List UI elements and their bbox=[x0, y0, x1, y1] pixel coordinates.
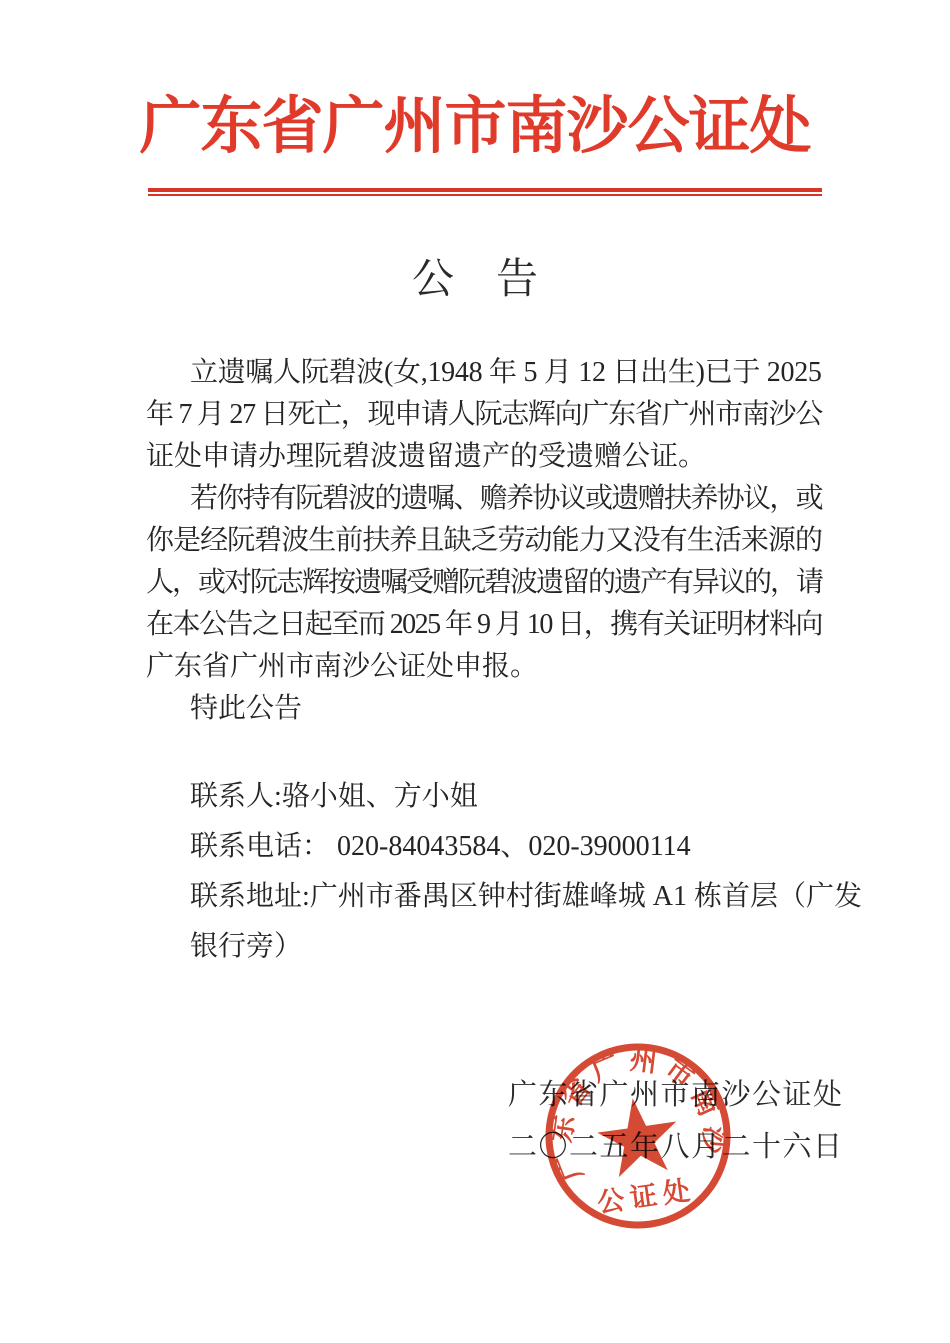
contact-line: 银行旁） bbox=[146, 922, 822, 972]
body-line: 证处申请办理阮碧波遗留遗产的受遗赠公证。 bbox=[146, 436, 822, 478]
body-line: 立遗嘱人阮碧波(女,1948 年 5 月 12 日出生)已于 2025 bbox=[146, 352, 822, 394]
body-line: 你是经阮碧波生前扶养且缺乏劳动能力又没有生活来源的 bbox=[146, 520, 822, 562]
notice-body: 立遗嘱人阮碧波(女,1948 年 5 月 12 日出生)已于 2025年 7 月… bbox=[146, 352, 822, 730]
contact-line: 联系人:骆小姐、方小姐 bbox=[146, 772, 822, 822]
contact-line: 联系地址:广州市番禺区钟村街雄峰城 A1 栋首层（广发 bbox=[146, 872, 822, 922]
header-divider-rule bbox=[148, 188, 822, 196]
notice-title: 公 告 bbox=[0, 246, 950, 306]
header-office-title: 广东省广州市南沙公证处 bbox=[0, 76, 950, 165]
body-line: 特此公告 bbox=[146, 688, 822, 730]
signature-date: 二〇二五年八月二十六日 bbox=[508, 1121, 844, 1173]
contact-block: 联系人:骆小姐、方小姐联系电话： 020-84043584、020-390001… bbox=[146, 772, 822, 972]
seal-bottom-text: 公证处 bbox=[595, 1175, 697, 1218]
notice-document-page: 广东省广州市南沙公证处 公 告 立遗嘱人阮碧波(女,1948 年 5 月 12 … bbox=[0, 0, 950, 1343]
body-line: 人，或对阮志辉按遗嘱受赠阮碧波遗留的遗产有异议的，请 bbox=[146, 562, 822, 604]
body-line: 广东省广州市南沙公证处申报。 bbox=[146, 646, 822, 688]
body-line: 若你持有阮碧波的遗嘱、赡养协议或遗赠扶养协议，或 bbox=[146, 478, 822, 520]
body-line: 年 7 月 27 日死亡，现申请人阮志辉向广东省广州市南沙公 bbox=[146, 394, 822, 436]
body-line: 在本公告之日起至而 2025 年 9 月 10 日，携有关证明材料向 bbox=[146, 604, 822, 646]
signature-block: 广东省广州市南沙公证处 二〇二五年八月二十六日 bbox=[508, 1069, 844, 1173]
contact-line: 联系电话： 020-84043584、020-39000114 bbox=[146, 822, 822, 872]
divider-thin-line bbox=[148, 194, 822, 196]
signature-office: 广东省广州市南沙公证处 bbox=[508, 1069, 844, 1121]
